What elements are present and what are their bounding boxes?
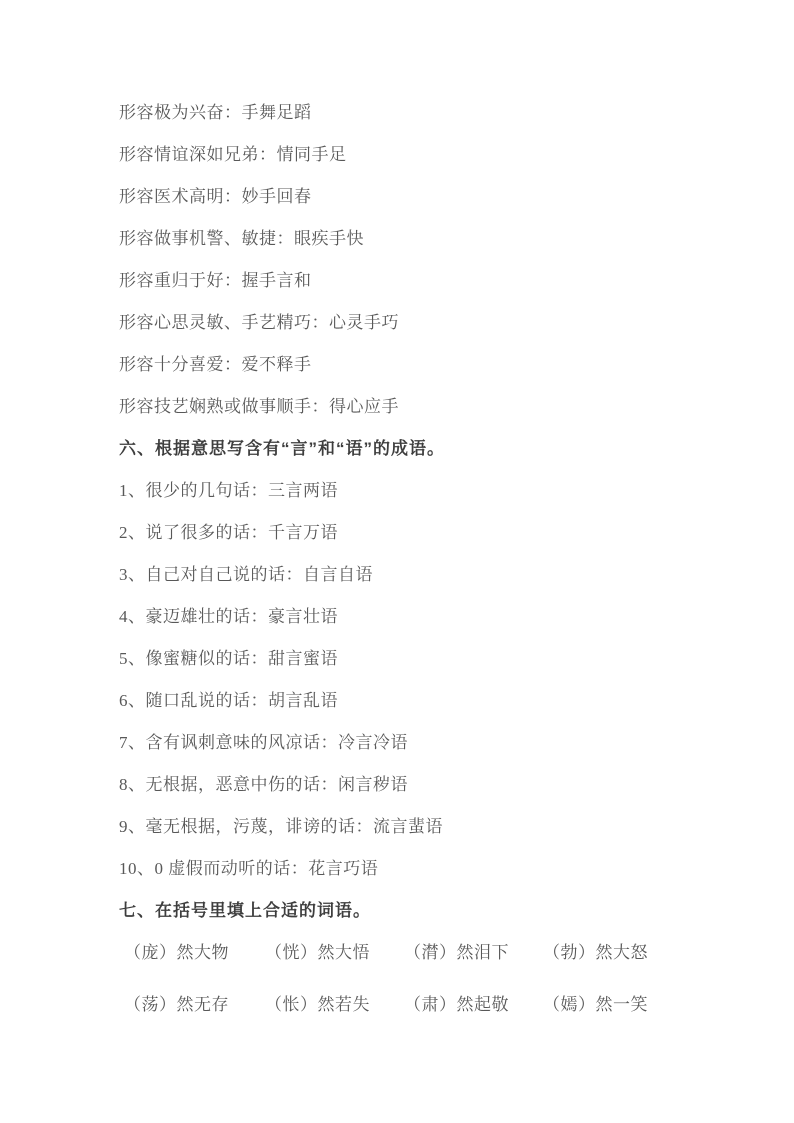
- fill-blank-item: （潸）然泪下: [404, 943, 543, 962]
- definition-line: 形容重归于好：握手言和: [119, 271, 744, 290]
- exercise-item: 2、说了很多的话：千言万语: [119, 523, 744, 542]
- definition-line: 形容技艺娴熟或做事顺手：得心应手: [119, 397, 744, 416]
- section-six-heading: 六、根据意思写含有“言”和“语”的成语。: [119, 439, 744, 458]
- exercise-item: 5、像蜜糖似的话：甜言蜜语: [119, 649, 744, 668]
- definition-line: 形容心思灵敏、手艺精巧：心灵手巧: [119, 313, 744, 332]
- exercise-item: 9、毫无根据，污蔑，诽谤的话：流言蜚语: [119, 817, 744, 836]
- exercise-item: 1、很少的几句话：三言两语: [119, 481, 744, 500]
- definition-line: 形容极为兴奋：手舞足蹈: [119, 103, 744, 122]
- fill-blank-item: （恍）然大悟: [265, 943, 404, 962]
- exercise-item: 4、豪迈雄壮的话：豪言壮语: [119, 607, 744, 626]
- fill-blank-row: （荡）然无存 （怅）然若失 （肃）然起敬 （嫣）然一笑: [124, 995, 744, 1014]
- exercise-item: 3、自己对自己说的话：自言自语: [119, 565, 744, 584]
- definition-line: 形容医术高明：妙手回春: [119, 187, 744, 206]
- exercise-item: 10、0 虚假而动听的话：花言巧语: [119, 859, 744, 878]
- definition-line: 形容十分喜爱：爱不释手: [119, 355, 744, 374]
- fill-blank-item: （嫣）然一笑: [543, 995, 744, 1014]
- document-content: 形容极为兴奋：手舞足蹈 形容情谊深如兄弟：情同手足 形容医术高明：妙手回春 形容…: [0, 0, 794, 1014]
- exercise-item: 6、随口乱说的话：胡言乱语: [119, 691, 744, 710]
- exercise-item: 8、无根据，恶意中伤的话：闲言秽语: [119, 775, 744, 794]
- section-seven-heading: 七、在括号里填上合适的词语。: [119, 901, 744, 920]
- fill-blank-item: （庞）然大物: [124, 943, 265, 962]
- fill-blank-item: （荡）然无存: [124, 995, 265, 1014]
- exercise-item: 7、含有讽刺意味的风凉话：冷言冷语: [119, 733, 744, 752]
- fill-blank-item: （肃）然起敬: [404, 995, 543, 1014]
- fill-blank-item: （怅）然若失: [265, 995, 404, 1014]
- fill-blank-item: （勃）然大怒: [543, 943, 744, 962]
- document-page: 形容极为兴奋：手舞足蹈 形容情谊深如兄弟：情同手足 形容医术高明：妙手回春 形容…: [0, 0, 794, 1123]
- definition-line: 形容做事机警、敏捷：眼疾手快: [119, 229, 744, 248]
- definition-line: 形容情谊深如兄弟：情同手足: [119, 145, 744, 164]
- fill-blank-row: （庞）然大物 （恍）然大悟 （潸）然泪下 （勃）然大怒: [124, 943, 744, 962]
